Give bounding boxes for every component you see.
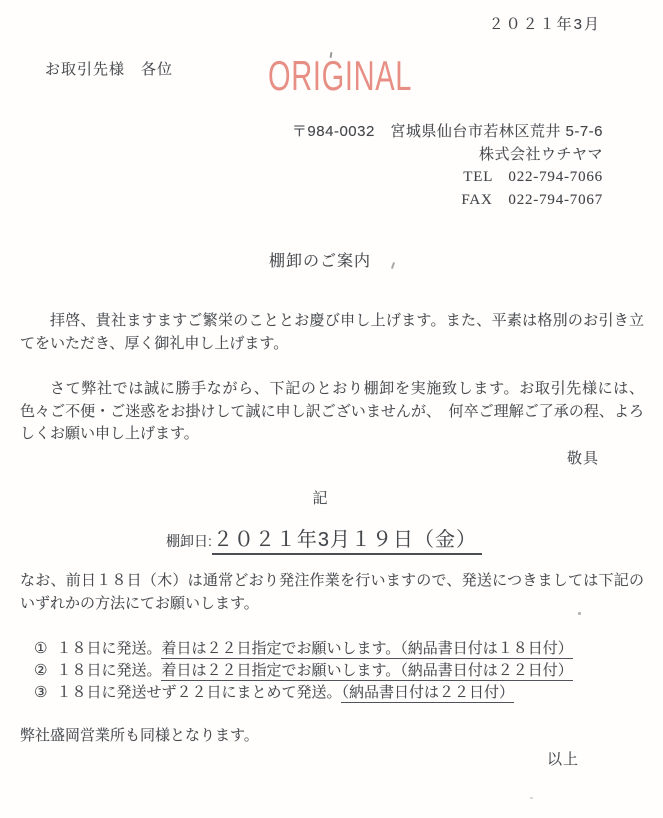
circled-number-2-icon: ② — [34, 662, 47, 679]
body-paragraph: さて弊社では誠に勝手ながら、下記のとおり棚卸を実施致します。お取引先様には、色々… — [20, 378, 644, 446]
shipping-option-1: ①１８日に発送。着日は２２日指定でお願いします。（納品書日付は１８日付） — [34, 638, 573, 660]
circled-number-3-icon: ③ — [34, 684, 47, 701]
shipping-option-2-underlined: 着日は２２日指定でお願いします。（納品書日付は２２日付） — [161, 662, 572, 681]
recipient-line: お取引先様 各位 — [45, 58, 173, 79]
sender-fax: FAX 022-794-7067 — [292, 189, 603, 212]
inventory-date-line: 棚卸日:２０２１年3月１９日（金） — [0, 523, 648, 552]
greeting-paragraph: 拝啓、貴社ますますご繁栄のこととお慶び申し上げます。また、平素は格別のお引き立て… — [20, 310, 644, 355]
sender-block: 〒984-0032 宮城県仙台市若林区荒井 5-7-6 株式会社ウチヤマ TEL… — [292, 120, 603, 212]
document-date: ２０２１年3月 — [489, 13, 601, 34]
scan-speckle — [530, 797, 533, 799]
shipping-option-3: ③１８日に発送せず２２日にまとめて発送。（納品書日付は２２日付） — [34, 682, 573, 704]
letter-page: ２０２１年3月 お取引先様 各位 ORIGINAL 〒984-0032 宮城県仙… — [0, 0, 663, 818]
closing-ijou: 以上 — [547, 748, 579, 769]
shipping-note-paragraph: なお、前日１８日（木）は通常どおり発注作業を行いますので、発送につきましては下記… — [20, 570, 644, 615]
shipping-options-list: ①１８日に発送。着日は２２日指定でお願いします。（納品書日付は１８日付） ②１８… — [34, 638, 573, 704]
sender-address: 〒984-0032 宮城県仙台市若林区荒井 5-7-6 — [292, 120, 603, 143]
record-marker: 記 — [0, 487, 640, 508]
document-title: 棚卸のご案内 — [0, 248, 640, 271]
shipping-option-3-underlined: （納品書日付は２２日付） — [341, 684, 514, 703]
circled-number-1-icon: ① — [34, 640, 47, 657]
branch-note: 弊社盛岡営業所も同様となります。 — [20, 724, 259, 745]
shipping-option-1-text: １８日に発送。 — [56, 640, 161, 657]
original-stamp: ORIGINAL — [268, 56, 412, 98]
shipping-option-1-underlined: 着日は２２日指定でお願いします。（納品書日付は１８日付） — [161, 640, 572, 659]
inventory-date-label: 棚卸日: — [166, 533, 212, 549]
scan-speckle — [578, 612, 581, 615]
shipping-option-2: ②１８日に発送。着日は２２日指定でお願いします。（納品書日付は２２日付） — [34, 660, 573, 682]
sender-tel: TEL 022-794-7066 — [292, 166, 603, 189]
shipping-option-3-text: １８日に発送せず２２日にまとめて発送。 — [56, 684, 341, 701]
closing-keigu: 敬具 — [567, 447, 599, 468]
shipping-option-2-text: １８日に発送。 — [56, 662, 161, 679]
inventory-date-value: ２０２１年3月１９日（金） — [212, 529, 482, 555]
sender-company: 株式会社ウチヤマ — [292, 143, 603, 166]
